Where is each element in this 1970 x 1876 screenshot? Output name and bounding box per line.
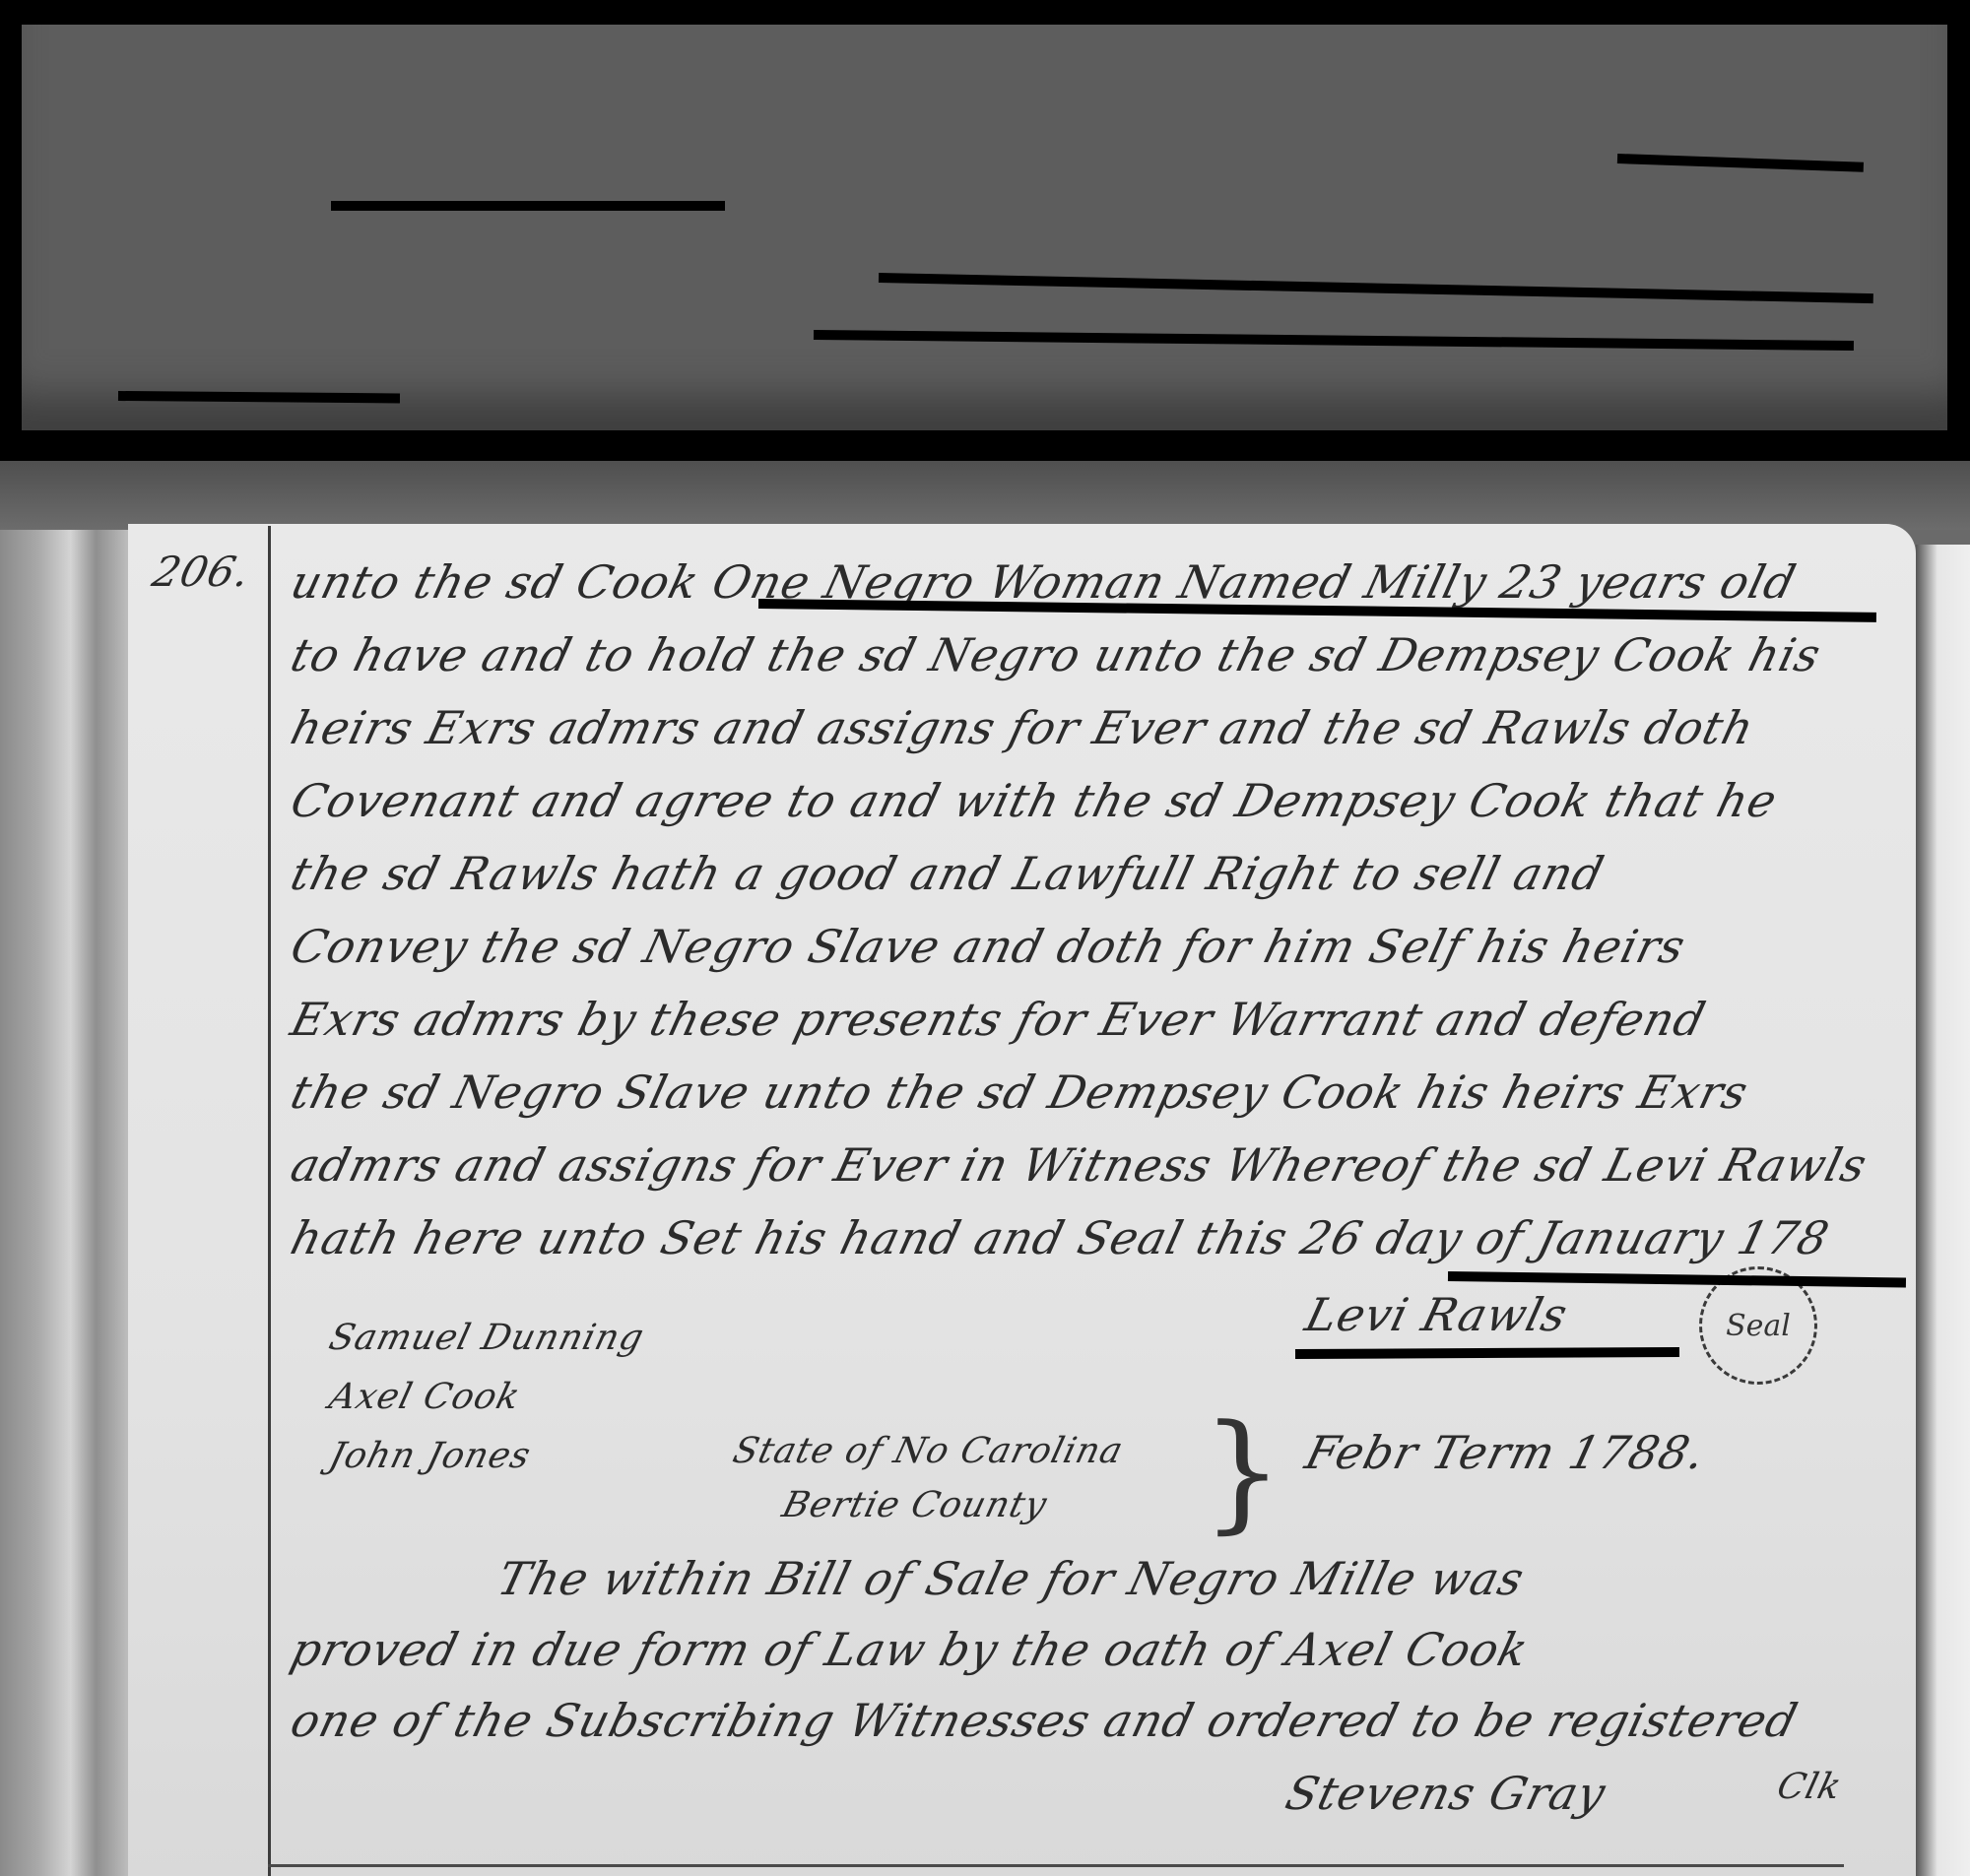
deed-line-7: Exrs admrs by these presents for Ever Wa… bbox=[286, 993, 1711, 1046]
page-number: 206. bbox=[148, 548, 256, 596]
court-term: Febr Term 1788. bbox=[1300, 1426, 1711, 1479]
ruled-line bbox=[268, 1864, 1844, 1867]
underline-marker bbox=[331, 201, 725, 211]
registrar-title: Clk bbox=[1773, 1767, 1846, 1807]
probate-line-2: proved in due form of Law by the oath of… bbox=[286, 1623, 1534, 1676]
page-edge bbox=[1805, 25, 1913, 359]
deed-line-3: heirs Exrs admrs and assigns for Ever an… bbox=[286, 701, 1760, 754]
witness-1: Samuel Dunning bbox=[325, 1318, 648, 1358]
margin-rule bbox=[268, 526, 271, 1876]
underline-marker bbox=[1295, 1347, 1679, 1359]
deed-line-10: hath here unto Set his hand and Seal thi… bbox=[286, 1211, 1835, 1264]
deed-line-2: to have and to hold the sd Negro unto th… bbox=[286, 628, 1826, 681]
probate-line-1: The within Bill of Sale for Negro Mille … bbox=[492, 1552, 1530, 1605]
deed-line-1: Know all men by these presents that I Le… bbox=[357, 111, 1565, 164]
deed-excerpt-top-panel: Rawls to Cook Know all men by these pres… bbox=[22, 25, 1947, 430]
margin-note-name-2: Cook bbox=[132, 200, 254, 248]
deed-excerpt-bottom-panel: 206. unto the sd Cook One Negro Woman Na… bbox=[0, 461, 1970, 1876]
deed-line-6: Convey the sd Negro Slave and doth for h… bbox=[286, 920, 1691, 973]
grantor-signature: Levi Rawls bbox=[1300, 1288, 1573, 1341]
deed-line-5: the sd Rawls hath a good and Lawfull Rig… bbox=[286, 847, 1609, 900]
ruled-line bbox=[110, 76, 1814, 79]
margin-rule bbox=[102, 76, 105, 361]
binding-shadow bbox=[0, 461, 1970, 530]
jurisdiction-bracket: } bbox=[1202, 1396, 1283, 1546]
margin-note-name-1: Rawls bbox=[132, 96, 276, 144]
witness-2: Axel Cook bbox=[325, 1377, 525, 1417]
deed-line-8: the sd Negro Slave unto the sd Dempsey C… bbox=[286, 1066, 1754, 1119]
facing-page-edge bbox=[1916, 545, 1970, 1876]
seal-label: Seal bbox=[1726, 1309, 1791, 1343]
deed-line-2: of Bertie County and the State of No Car… bbox=[357, 170, 1731, 224]
deed-line-1: unto the sd Cook One Negro Woman Named M… bbox=[286, 555, 1802, 609]
probate-line-3: one of the Subscribing Witnesses and ord… bbox=[286, 1694, 1804, 1747]
book-spine bbox=[0, 461, 128, 1876]
jurisdiction-state: State of No Carolina bbox=[729, 1431, 1128, 1471]
witness-3: John Jones bbox=[325, 1436, 535, 1476]
deed-line-4: Covenant and agree to and with the sd De… bbox=[286, 774, 1783, 827]
deed-line-9: admrs and assigns for Ever in Witness Wh… bbox=[286, 1138, 1872, 1192]
jurisdiction-county: Bertie County bbox=[778, 1485, 1051, 1525]
deed-line-3: Consideration of the Sum of One hundred … bbox=[357, 229, 1840, 283]
registrar-signature: Stevens Gray bbox=[1280, 1767, 1611, 1820]
